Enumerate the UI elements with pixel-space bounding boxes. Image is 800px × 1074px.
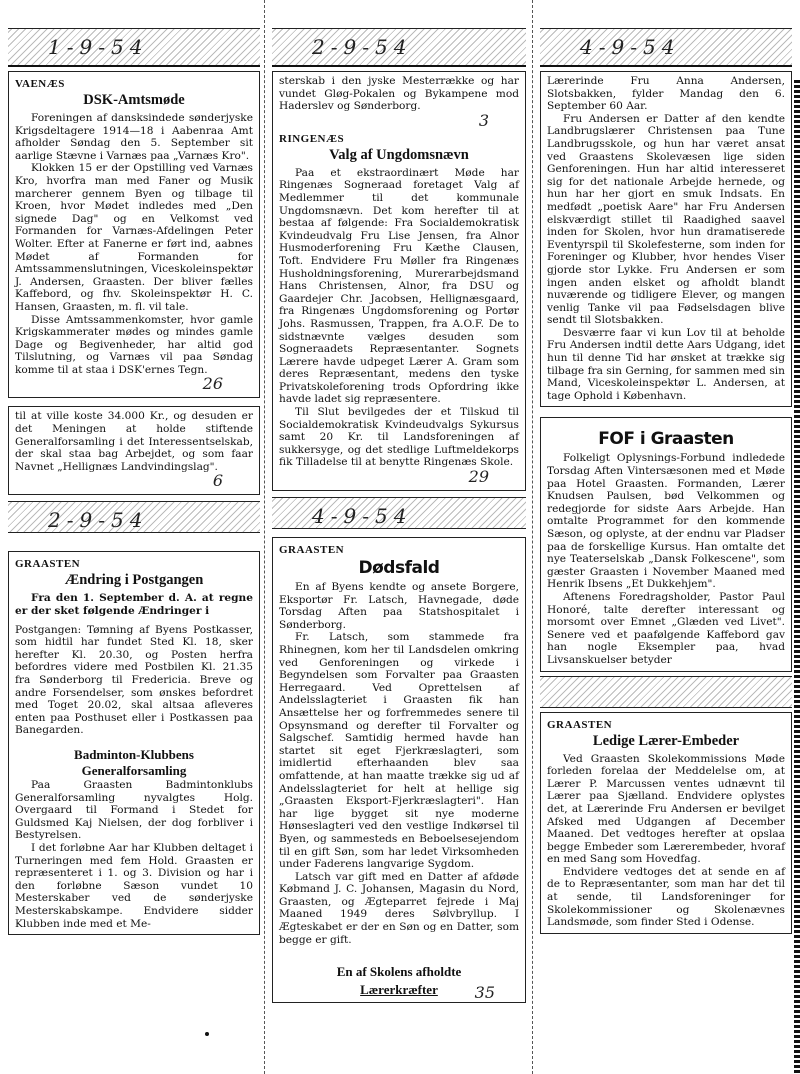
paragraph: Ved Graasten Skolekommissions Møde forle… (547, 753, 785, 866)
headline: Valg af Ungdomsnævn (279, 147, 519, 164)
column-1: 1-9-54 VAENÆS DSK-Amtsmøde Foreningen af… (8, 0, 260, 935)
subheadline: En af Skolens afholdte (279, 964, 519, 980)
paragraph: Paa Graasten Badmintonklubs Generalforsa… (15, 779, 253, 842)
headline: DSK-Amtsmøde (15, 92, 253, 109)
clipping-dsk-amtsmode: VAENÆS DSK-Amtsmøde Foreningen af dansks… (8, 71, 260, 398)
paragraph: Paa et ekstraordinært Møde har Ringenæs … (279, 167, 519, 406)
column-2: 2-9-54 sterskab i den jyske Mesterrække … (272, 0, 526, 1003)
headline: Dødsfald (279, 558, 519, 578)
clipping-landvinding: til at ville koste 34.000 Kr., og desude… (8, 406, 260, 495)
handwritten-date: 4-9-54 (312, 504, 412, 528)
column-divider (264, 0, 266, 1074)
paragraph: sterskab i den jyske Mesterrække og har … (279, 75, 519, 113)
column-divider (532, 0, 534, 1074)
paragraph: I det forløbne Aar har Klubben deltaget … (15, 842, 253, 930)
handwritten-date: 2-9-54 (312, 35, 412, 59)
subheadline: Generalforsamling (15, 763, 253, 779)
scan-edge (794, 80, 800, 1074)
paragraph: En af Byens kendte og ansete Borgere, Ek… (279, 581, 519, 631)
clipping-ledige-laerer-embeder: GRAASTEN Ledige Lærer-Embeder Ved Graast… (540, 712, 792, 934)
headline: Ændring i Postgangen (15, 572, 253, 589)
clipping-fof-graasten: FOF i Graasten Folkeligt Oplysnings-Forb… (540, 417, 792, 671)
handwritten-page-number: 6 (15, 471, 253, 490)
paragraph: Disse Amtssammenkomster, hvor gamle Krig… (15, 314, 253, 377)
paragraph: Desværre faar vi kun Lov til at beholde … (547, 327, 785, 403)
paragraph: til at ville koste 34.000 Kr., og desude… (15, 410, 253, 473)
kicker: VAENÆS (15, 78, 253, 90)
handwritten-page-number: 3 (279, 111, 519, 130)
scan-speck (205, 1032, 209, 1036)
paragraph: Foreningen af dansksindede sønderjyske K… (15, 112, 253, 162)
date-strip: 4-9-54 (272, 497, 526, 529)
kicker: GRAASTEN (547, 719, 785, 731)
kicker: RINGENÆS (279, 133, 519, 145)
headline: FOF i Graasten (547, 429, 785, 449)
kicker: GRAASTEN (279, 544, 519, 556)
paragraph: Lærerinde Fru Anna Andersen, Slotsbakken… (547, 75, 785, 113)
paragraph: Latsch var gift med en Datter af afdøde … (279, 871, 519, 947)
handwritten-page-number: 26 (15, 374, 253, 393)
clipping-anna-andersen: Lærerinde Fru Anna Andersen, Slotsbakken… (540, 71, 792, 407)
headline: Ledige Lærer-Embeder (547, 733, 785, 750)
paragraph: Postgangen: Tømning af Byens Postkasser,… (15, 624, 253, 737)
paragraph: Folkeligt Oplysnings-Forbund indledede T… (547, 452, 785, 591)
column-3: 4-9-54 Lærerinde Fru Anna Andersen, Slot… (540, 0, 792, 934)
paragraph: Fr. Latsch, som stammede fra Rhinegnen, … (279, 631, 519, 870)
handwritten-date: 1-9-54 (48, 35, 148, 59)
subheadline: Badminton-Klubbens (15, 747, 253, 763)
date-strip (540, 676, 792, 708)
paragraph: Fra den 1. September d. A. at regne er d… (15, 592, 253, 617)
clipping-postgangen: GRAASTEN Ændring i Postgangen Fra den 1.… (8, 551, 260, 935)
handwritten-date: 2-9-54 (48, 508, 148, 532)
paragraph: Til Slut bevilgedes der et Tilskud til S… (279, 406, 519, 469)
handwritten-page-number: 29 (279, 467, 519, 486)
date-strip: 4-9-54 (540, 28, 792, 67)
clipping-dodsfald: GRAASTEN Dødsfald En af Byens kendte og … (272, 537, 526, 1003)
paragraph: Fru Andersen er Datter af den kendte Lan… (547, 113, 785, 327)
paragraph: Endvidere vedtoges det at sende en af de… (547, 866, 785, 929)
date-strip: 1-9-54 (8, 28, 260, 67)
date-strip: 2-9-54 (272, 28, 526, 67)
date-strip: 2-9-54 (8, 501, 260, 533)
kicker: GRAASTEN (15, 558, 253, 570)
handwritten-page-number: 35 (475, 983, 495, 1002)
paragraph: Aftenens Foredragsholder, Pastor Paul Ho… (547, 591, 785, 667)
handwritten-date: 4-9-54 (580, 35, 680, 59)
paragraph: Klokken 15 er der Opstilling ved Varnæs … (15, 162, 253, 313)
clipping-mesterskab: sterskab i den jyske Mesterrække og har … (272, 71, 526, 491)
